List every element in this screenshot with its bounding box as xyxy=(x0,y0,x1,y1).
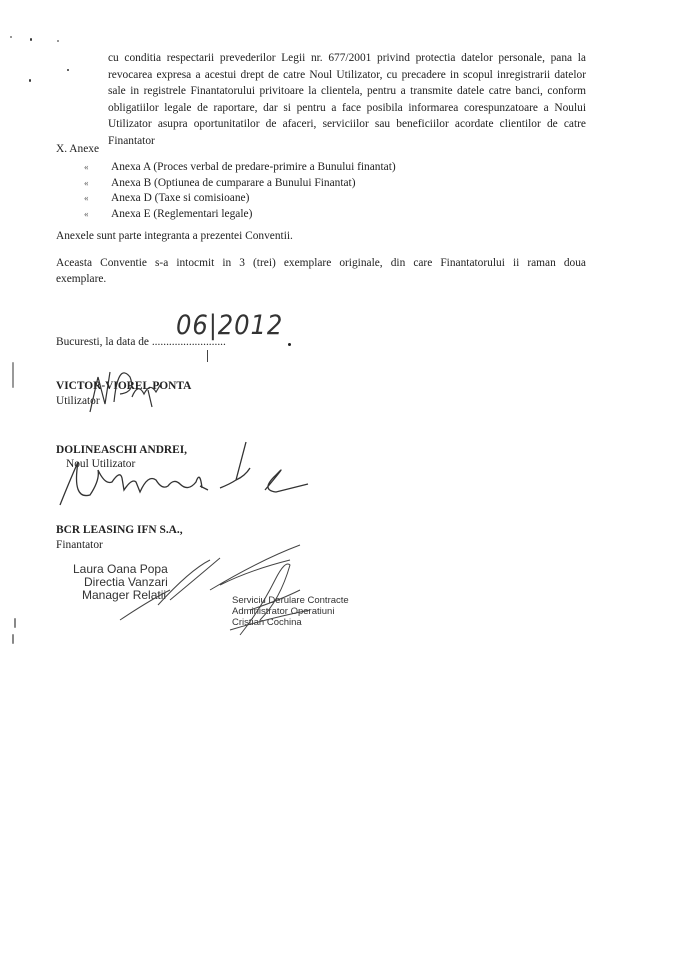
signature-ponta xyxy=(70,352,180,422)
list-item: « Anexa D (Taxe si comisioane) xyxy=(84,191,396,207)
annex-statement: Anexele sunt parte integranta a prezente… xyxy=(56,230,293,242)
scan-speck xyxy=(12,634,14,644)
annex-label: Anexa A (Proces verbal de predare-primir… xyxy=(111,161,396,173)
paragraph-line: exemplare. xyxy=(56,272,586,288)
scan-speck xyxy=(288,343,291,346)
paragraph-line: Utilizator asupra oportunitatilor de afa… xyxy=(108,116,586,133)
handwritten-date: 06|2012 xyxy=(176,310,283,341)
signature-dolineaschi xyxy=(50,440,310,510)
paragraph-line: sale in registrele Finantatorului privit… xyxy=(108,83,586,100)
section-heading: X. Anexe xyxy=(56,143,99,155)
signature-bcr xyxy=(60,530,380,640)
scan-speck xyxy=(207,350,208,362)
paragraph-line: revocarea expresa a acestui drept de cat… xyxy=(108,67,586,84)
scan-speck xyxy=(57,40,59,42)
paragraph-line: Finantator xyxy=(108,133,586,150)
bullet-icon: « xyxy=(84,176,89,192)
paragraph-line: obligatiilor legale de raportare, dar si… xyxy=(108,100,586,117)
scan-speck xyxy=(30,38,32,41)
paragraph-line: cu conditia respectarii prevederilor Leg… xyxy=(108,50,586,67)
paragraph-line: Aceasta Conventie s-a intocmit in 3 (tre… xyxy=(56,256,586,272)
list-item: « Anexa B (Optiunea de cumparare a Bunul… xyxy=(84,176,396,192)
scan-speck xyxy=(10,36,12,38)
scan-speck xyxy=(29,79,31,82)
list-item: « Anexa A (Proces verbal de predare-prim… xyxy=(84,160,396,176)
scan-speck xyxy=(14,618,16,628)
annex-label: Anexa D (Taxe si comisioane) xyxy=(111,192,249,204)
annex-list: « Anexa A (Proces verbal de predare-prim… xyxy=(84,160,396,222)
bullet-icon: « xyxy=(84,191,89,207)
intro-paragraph: cu conditia respectarii prevederilor Leg… xyxy=(108,50,586,150)
bullet-icon: « xyxy=(84,160,89,176)
scan-speck xyxy=(12,362,14,388)
annex-label: Anexa B (Optiunea de cumparare a Bunului… xyxy=(111,177,356,189)
copies-statement: Aceasta Conventie s-a intocmit in 3 (tre… xyxy=(56,256,586,287)
list-item: « Anexa E (Reglementari legale) xyxy=(84,207,396,223)
annex-label: Anexa E (Reglementari legale) xyxy=(111,208,252,220)
bullet-icon: « xyxy=(84,207,89,223)
scan-speck xyxy=(67,69,69,71)
